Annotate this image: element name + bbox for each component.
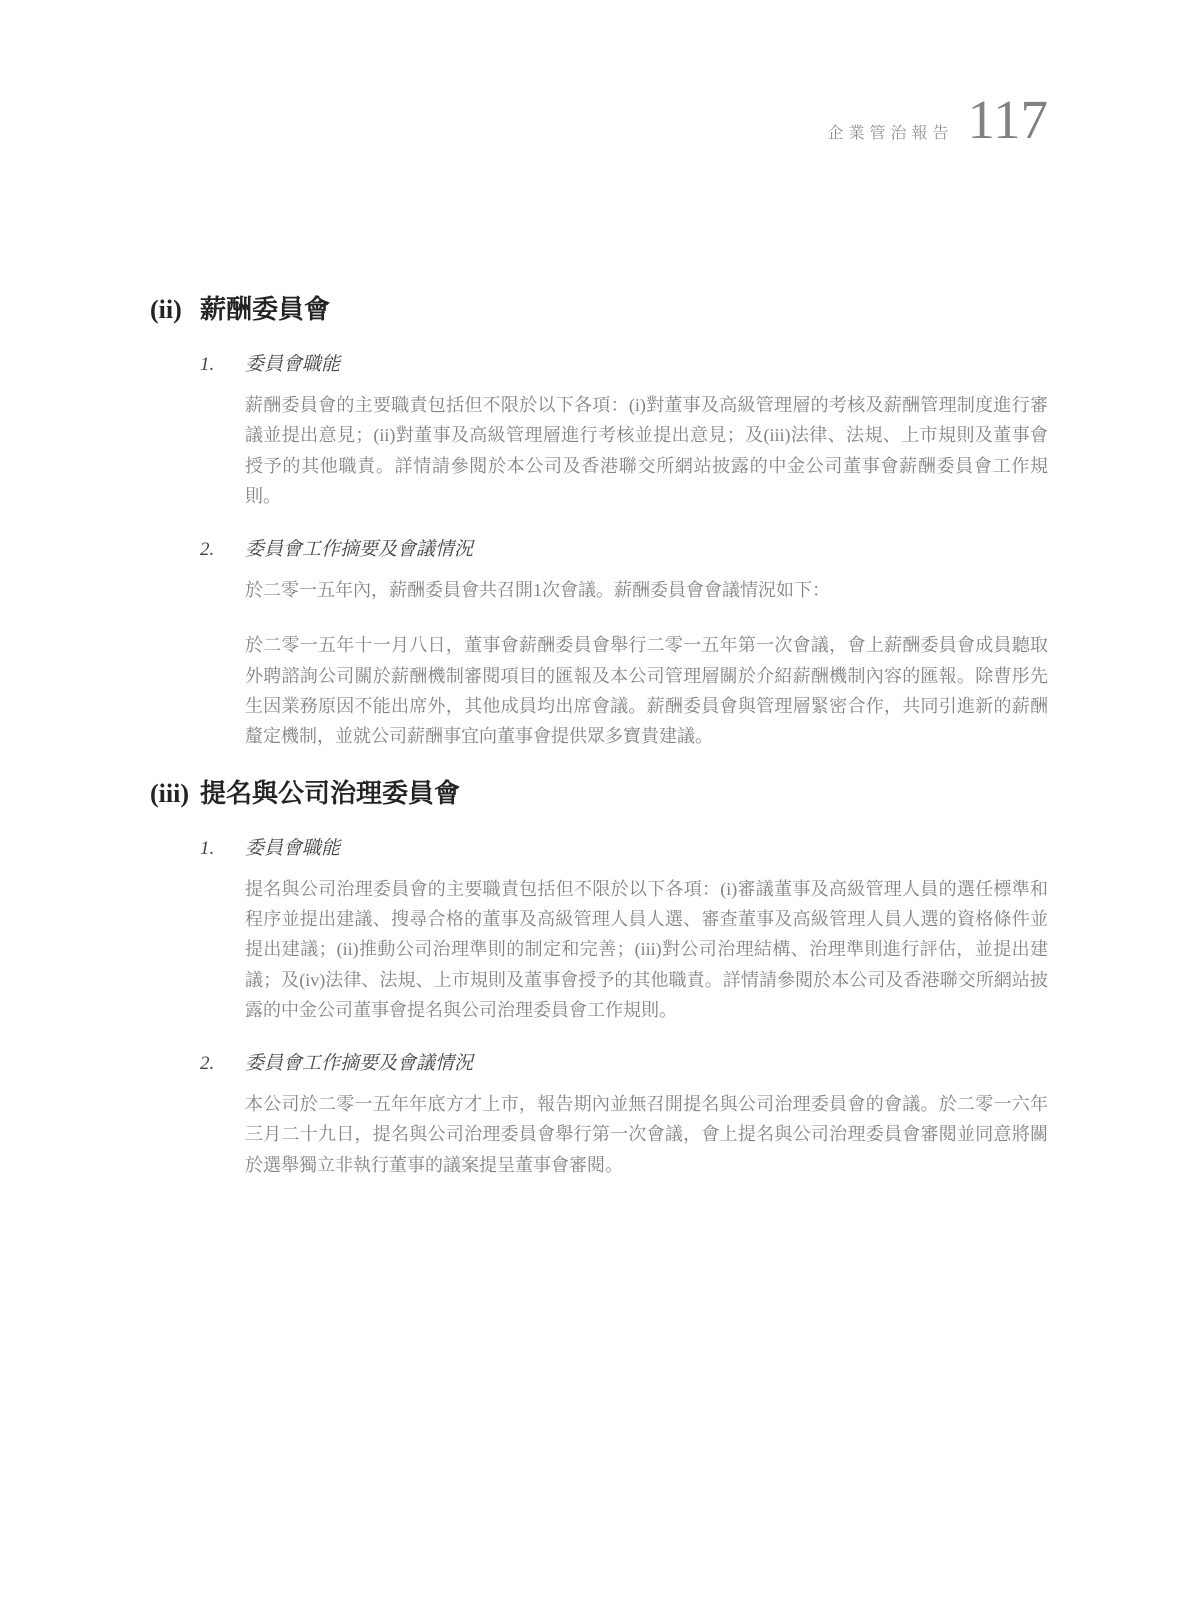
item-heading: 委員會工作摘要及會議情況 <box>245 537 473 563</box>
item-heading-row: 2. 委員會工作摘要及會議情況 <box>200 1051 1048 1077</box>
item-number: 2. <box>200 1051 245 1077</box>
numbered-item: 1. 委員會職能 提名與公司治理委員會的主要職責包括但不限於以下各項：(i)審議… <box>200 836 1048 1025</box>
section-remuneration-committee: (ii) 薪酬委員會 1. 委員會職能 薪酬委員會的主要職責包括但不限於以下各項… <box>150 294 1048 752</box>
item-heading: 委員會職能 <box>245 836 340 862</box>
item-number: 1. <box>200 352 245 378</box>
page-number: 117 <box>968 92 1048 147</box>
item-heading-row: 1. 委員會職能 <box>200 836 1048 862</box>
section-title: 薪酬委員會 <box>200 294 330 326</box>
section-heading: (ii) 薪酬委員會 <box>150 294 1048 326</box>
document-page: 企業管治報告 117 (ii) 薪酬委員會 1. 委員會職能 薪酬委員會的主要職… <box>0 0 1190 1615</box>
page-content: (ii) 薪酬委員會 1. 委員會職能 薪酬委員會的主要職責包括但不限於以下各項… <box>150 294 1048 1180</box>
paragraph: 於二零一五年內，薪酬委員會共召開1次會議。薪酬委員會會議情況如下： <box>245 575 1048 605</box>
paragraph: 提名與公司治理委員會的主要職責包括但不限於以下各項：(i)審議董事及高級管理人員… <box>245 874 1048 1025</box>
item-heading-row: 2. 委員會工作摘要及會議情況 <box>200 537 1048 563</box>
section-title: 提名與公司治理委員會 <box>200 778 460 810</box>
page-header: 企業管治報告 117 <box>150 92 1048 154</box>
paragraph: 本公司於二零一五年年底方才上市，報告期內並無召開提名與公司治理委員會的會議。於二… <box>245 1089 1048 1180</box>
section-nomination-governance-committee: (iii) 提名與公司治理委員會 1. 委員會職能 提名與公司治理委員會的主要職… <box>150 778 1048 1180</box>
item-number: 1. <box>200 836 245 862</box>
item-heading: 委員會工作摘要及會議情況 <box>245 1051 473 1077</box>
paragraph: 薪酬委員會的主要職責包括但不限於以下各項：(i)對董事及高級管理層的考核及薪酬管… <box>245 390 1048 511</box>
section-marker: (iii) <box>150 778 200 810</box>
section-marker: (ii) <box>150 294 200 326</box>
numbered-item: 2. 委員會工作摘要及會議情況 本公司於二零一五年年底方才上市，報告期內並無召開… <box>200 1051 1048 1180</box>
numbered-item: 2. 委員會工作摘要及會議情況 於二零一五年內，薪酬委員會共召開1次會議。薪酬委… <box>200 537 1048 751</box>
item-heading: 委員會職能 <box>245 352 340 378</box>
paragraph: 於二零一五年十一月八日，董事會薪酬委員會舉行二零一五年第一次會議，會上薪酬委員會… <box>245 630 1048 751</box>
item-number: 2. <box>200 537 245 563</box>
report-title: 企業管治報告 <box>828 120 954 143</box>
numbered-item: 1. 委員會職能 薪酬委員會的主要職責包括但不限於以下各項：(i)對董事及高級管… <box>200 352 1048 511</box>
section-heading: (iii) 提名與公司治理委員會 <box>150 778 1048 810</box>
item-heading-row: 1. 委員會職能 <box>200 352 1048 378</box>
